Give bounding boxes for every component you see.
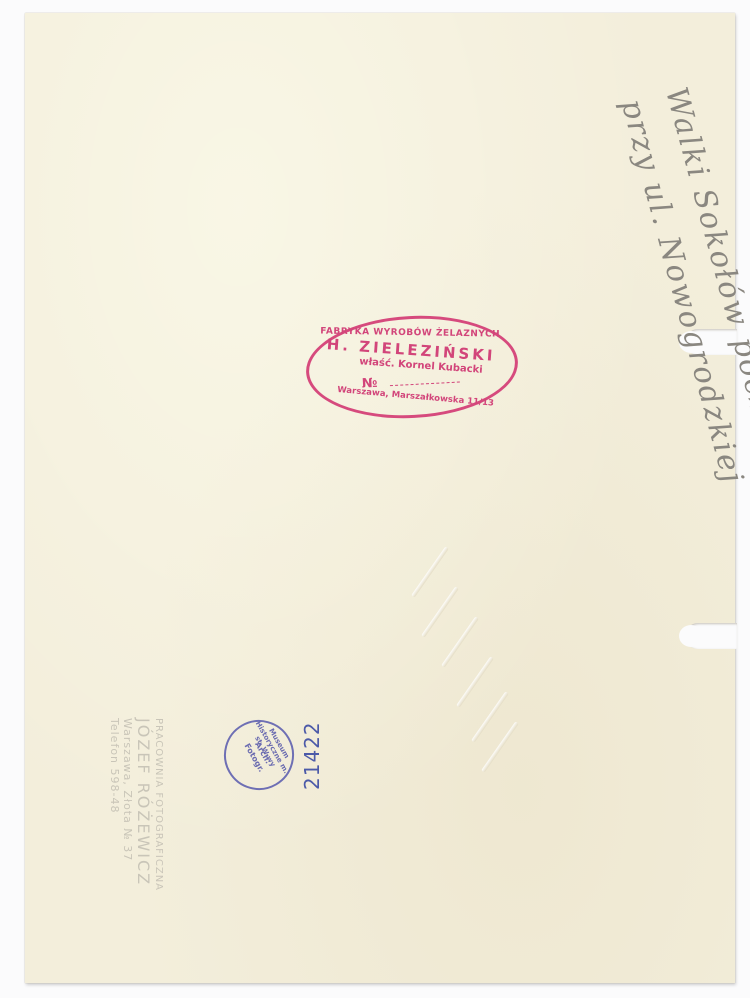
embossed-marks [400,530,550,760]
studio-line-4: Telefon 598-48 [108,718,121,918]
inventory-number: 21422 [300,721,324,790]
studio-line-2: JÓZEF RÓŻEWICZ [134,718,153,918]
photo-studio-stamp: PRACOWNIA FOTOGRAFICZNA JÓZEF RÓŻEWICZ W… [108,718,164,918]
studio-line-3: Warszawa, Złota № 37 [121,718,134,918]
binder-notch-bottom [685,623,737,649]
studio-line-1: PRACOWNIA FOTOGRAFICZNA [153,718,164,918]
